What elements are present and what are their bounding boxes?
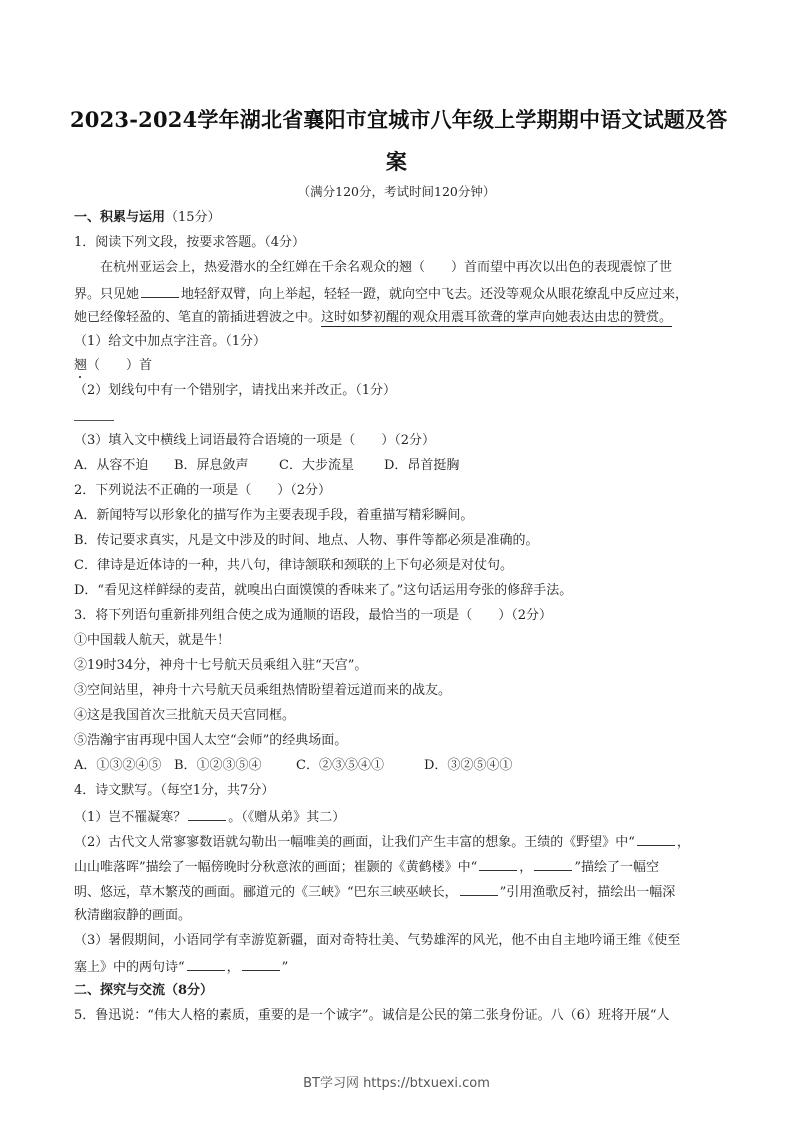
q1-passage-line2-a: 界。只见她 [74,287,139,302]
q1-passage-line2: 界。只见她地轻舒双臂，向上举起，轻轻一蹬，就向空中飞去。还没等观众从眼花缭乱中反… [74,285,724,303]
document-title-line2: 案 [70,146,723,176]
q4-sub1-prompt: （1）岂不罹凝寒？ [74,810,186,825]
q4-sub2-line3-b: ”引用渔歌反衬，描绘出一幅深 [500,885,676,900]
q4-sub2-blank-4[interactable] [460,883,498,896]
q3-sentence-3: ③空间站里，神舟十六号航天员乘组热情盼望着远道而来的战友。 [74,683,724,699]
q4-sub2-line4: 秋清幽寂静的画面。 [74,908,724,924]
q4-sub3-line1: （3）暑假期间，小语同学有幸游览新疆，面对奇特壮美、气势雄浑的风光，他不由自主地… [74,933,724,949]
q1-options: A．从容不迫B．屏息敛声C．大步流星D．昂首挺胸 [74,458,724,474]
q1-fill-blank[interactable] [141,285,179,298]
q4-sub1-source: 《赠从弟》其二） [248,810,346,825]
section-1-title: 一、积累与运用 [74,210,165,225]
q1-sub2-answer-line[interactable] [74,420,114,421]
section-1-heading: 一、积累与运用（15分） [74,210,724,226]
q1-option-a[interactable]: A．从容不迫 [74,458,174,474]
q1-option-d[interactable]: D．昂首挺胸 [384,458,459,474]
q4-sub3-line2-c: ” [282,960,289,975]
q1-stem: 1．阅读下列文段，按要求答题。（4分） [74,235,724,251]
q2-stem: 2．下列说法不正确的一项是（ ）（2分） [74,483,724,499]
section-1-score: （15分） [165,210,221,225]
q1-passage-line3-a: 她已经像轻盈的、笔直的箭插进碧波之中。 [74,310,321,325]
q3-stem: 3．将下列语句重新排列组合使之成为通顺的语段，最恰当的一项是（ ）（2分） [74,608,724,624]
q3-option-b[interactable]: B．①②③⑤④ [174,758,296,774]
q4-sub2-blank-1[interactable] [637,833,675,846]
q3-option-c[interactable]: C．②③⑤④① [296,758,424,774]
q3-options: A．①③②④⑤B．①②③⑤④C．②③⑤④①D．③②⑤④① [74,758,724,774]
q1-passage-line2-b: 地轻舒双臂，向上举起，轻轻一蹬，就向空中飞去。还没等观众从眼花缭乱中反应过来， [181,287,688,302]
q1-sub3: （3）填入文中横线上词语最符合语境的一项是（ ）（2分） [74,433,724,449]
q4-sub3-blank-1[interactable] [187,958,225,971]
q4-sub2-line2-a: 山山唯落晖”描绘了一幅傍晚时分秋意浓的画面；崔颢的《黄鹤楼》中“ [74,860,477,875]
q2-option-c[interactable]: C．律诗是近体诗的一种，共八句，律诗颔联和颈联的上下句必须是对仗句。 [74,558,724,574]
q3-sentence-1: ①中国载人航天，就是牛！ [74,633,724,649]
q4-sub3-line2-a: 塞上》中的两句诗“ [74,960,185,975]
exam-page: 2023-2024学年湖北省襄阳市宜城市八年级上学期期中语文试题及答 案 （满分… [0,0,793,1122]
q1-passage-line3: 她已经像轻盈的、笔直的箭插进碧波之中。这时如梦初醒的观众用震耳欲聋的掌声向她表达… [74,310,724,326]
dotted-char: 翘 [74,358,87,373]
q4-sub1: （1）岂不罹凝寒？。（《赠从弟》其二） [74,808,724,826]
q4-sub2-blank-2[interactable] [479,858,517,871]
q4-sub3-blank-2[interactable] [242,958,280,971]
q3-sentence-2: ②19时34分，神舟十七号航天员乘组入驻“天宫”。 [74,658,724,674]
document-title-line1: 2023-2024学年湖北省襄阳市宜城市八年级上学期期中语文试题及答 [70,104,723,134]
q4-sub1-prefix: 。（ [228,810,248,825]
q4-sub2-line2-c: ”描绘了一幅空 [574,860,659,875]
q4-sub2-line2-b: ， [519,860,532,875]
q3-sentence-4: ④这是我国首次三批航天员天宫同框。 [74,708,724,724]
q3-option-a[interactable]: A．①③②④⑤ [74,758,174,774]
q4-sub2-line2: 山山唯落晖”描绘了一幅傍晚时分秋意浓的画面；崔颢的《黄鹤楼》中“，”描绘了一幅空 [74,858,724,876]
q1-sub1: （1）给文中加点字注音。（1分） [74,334,724,350]
q3-sentence-5: ⑤浩瀚宇宙再现中国人太空“会师”的经典场面。 [74,733,724,749]
q2-option-a[interactable]: A．新闻特写以形象化的描写作为主要表现手段，着重描写精彩瞬间。 [74,508,724,524]
q4-sub2-line3-a: 明、悠远，草木繁茂的画面。郦道元的《三峡》“巴东三峡巫峡长， [74,885,458,900]
q4-sub2-line1-b: ， [677,835,690,850]
q5-line1: 5．鲁迅说：“伟大人格的素质，重要的是一个诚字”。诚信是公民的第二张身份证。八（… [74,1008,724,1024]
q4-sub3-line2: 塞上》中的两句诗“，” [74,958,724,976]
q2-option-b[interactable]: B．传记要求真实，凡是文中涉及的时间、地点、人物、事件等都必须是准确的。 [74,533,724,549]
q1-passage-line1: 在杭州亚运会上，热爱潜水的全红婵在千余名观众的翘（ ）首而望中再次以出色的表现震… [100,260,724,276]
q1-option-b[interactable]: B．屏息敛声 [174,458,279,474]
q4-sub1-blank[interactable] [188,808,226,821]
q4-sub2-line1: （2）古代文人常寥寥数语就勾勒出一幅唯美的画面，让我们产生丰富的想象。王绩的《野… [74,833,724,851]
footer-watermark: BT学习网 https://btxuexi.com [0,1072,793,1091]
document-subtitle: （满分120分，考试时间120分钟） [0,182,793,200]
q3-option-d[interactable]: D．③②⑤④① [424,758,512,774]
q1-option-c[interactable]: C．大步流星 [279,458,384,474]
q4-stem: 4．诗文默写。（每空1分，共7分） [74,783,724,799]
q1-sub1-answer: 翘（ ）首 [74,358,724,374]
q2-option-d[interactable]: D．“看见这样鲜绿的麦苗，就嗅出白面馍馍的香味来了。”这句话运用夸张的修辞手法。 [74,583,724,599]
q1-underlined-sentence: 这时如梦初醒的观众用震耳欲聋的掌声向她表达由忠的赞赏。 [321,310,672,327]
q1-sub2: （2）划线句中有一个错别字，请找出来并改正。（1分） [74,383,724,399]
q4-sub2-line1-a: （2）古代文人常寥寥数语就勾勒出一幅唯美的画面，让我们产生丰富的想象。王绩的《野… [74,835,635,850]
q1-sub1-answer-rest: （ ）首 [87,358,152,373]
q4-sub2-blank-3[interactable] [534,858,572,871]
section-2-heading: 二、探究与交流（8分） [74,983,724,999]
q4-sub3-line2-b: ， [227,960,240,975]
q4-sub2-line3: 明、悠远，草木繁茂的画面。郦道元的《三峡》“巴东三峡巫峡长，”引用渔歌反衬，描绘… [74,883,724,901]
